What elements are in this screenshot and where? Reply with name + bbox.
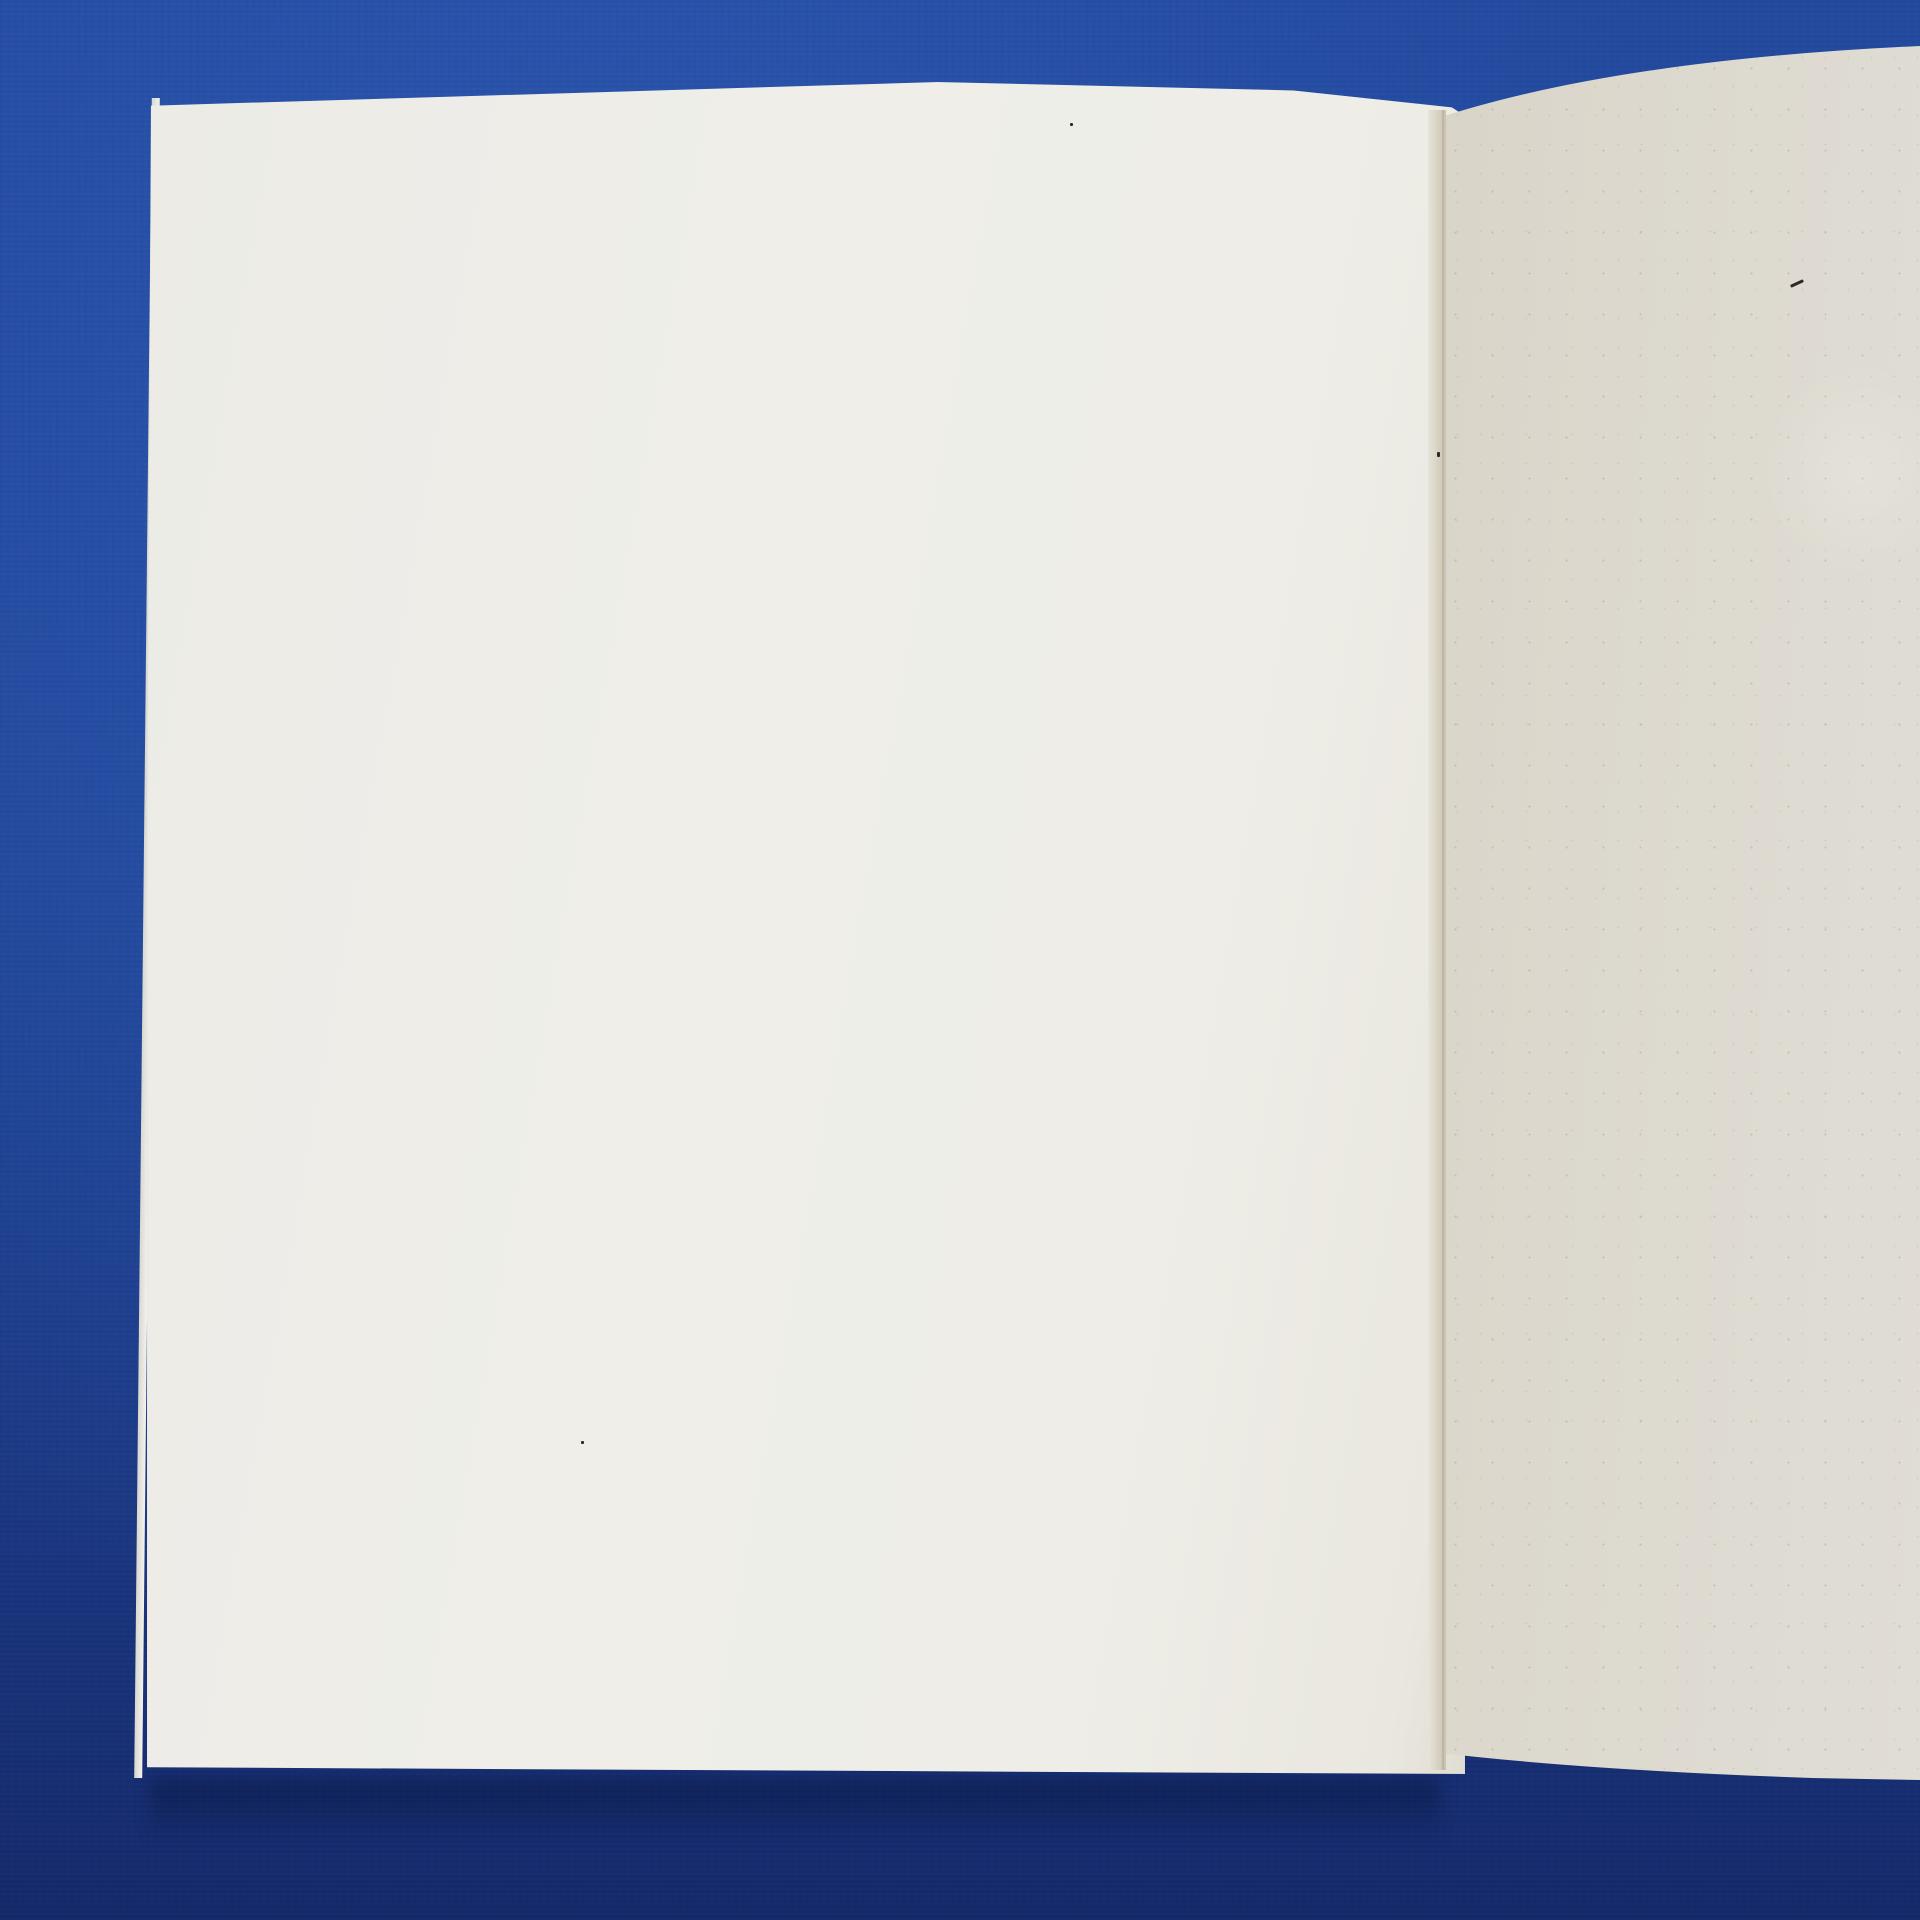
right-page-light-reflection [1760, 360, 1920, 580]
right-page-speckle-texture [1432, 40, 1920, 1780]
paper-fleck [581, 1441, 584, 1444]
paper-fleck [1070, 123, 1073, 126]
booklet-shadow [150, 1780, 1440, 1840]
spine-crease-line [1442, 110, 1444, 1770]
left-page-blank [147, 82, 1465, 1774]
staple-mark [1437, 452, 1440, 457]
